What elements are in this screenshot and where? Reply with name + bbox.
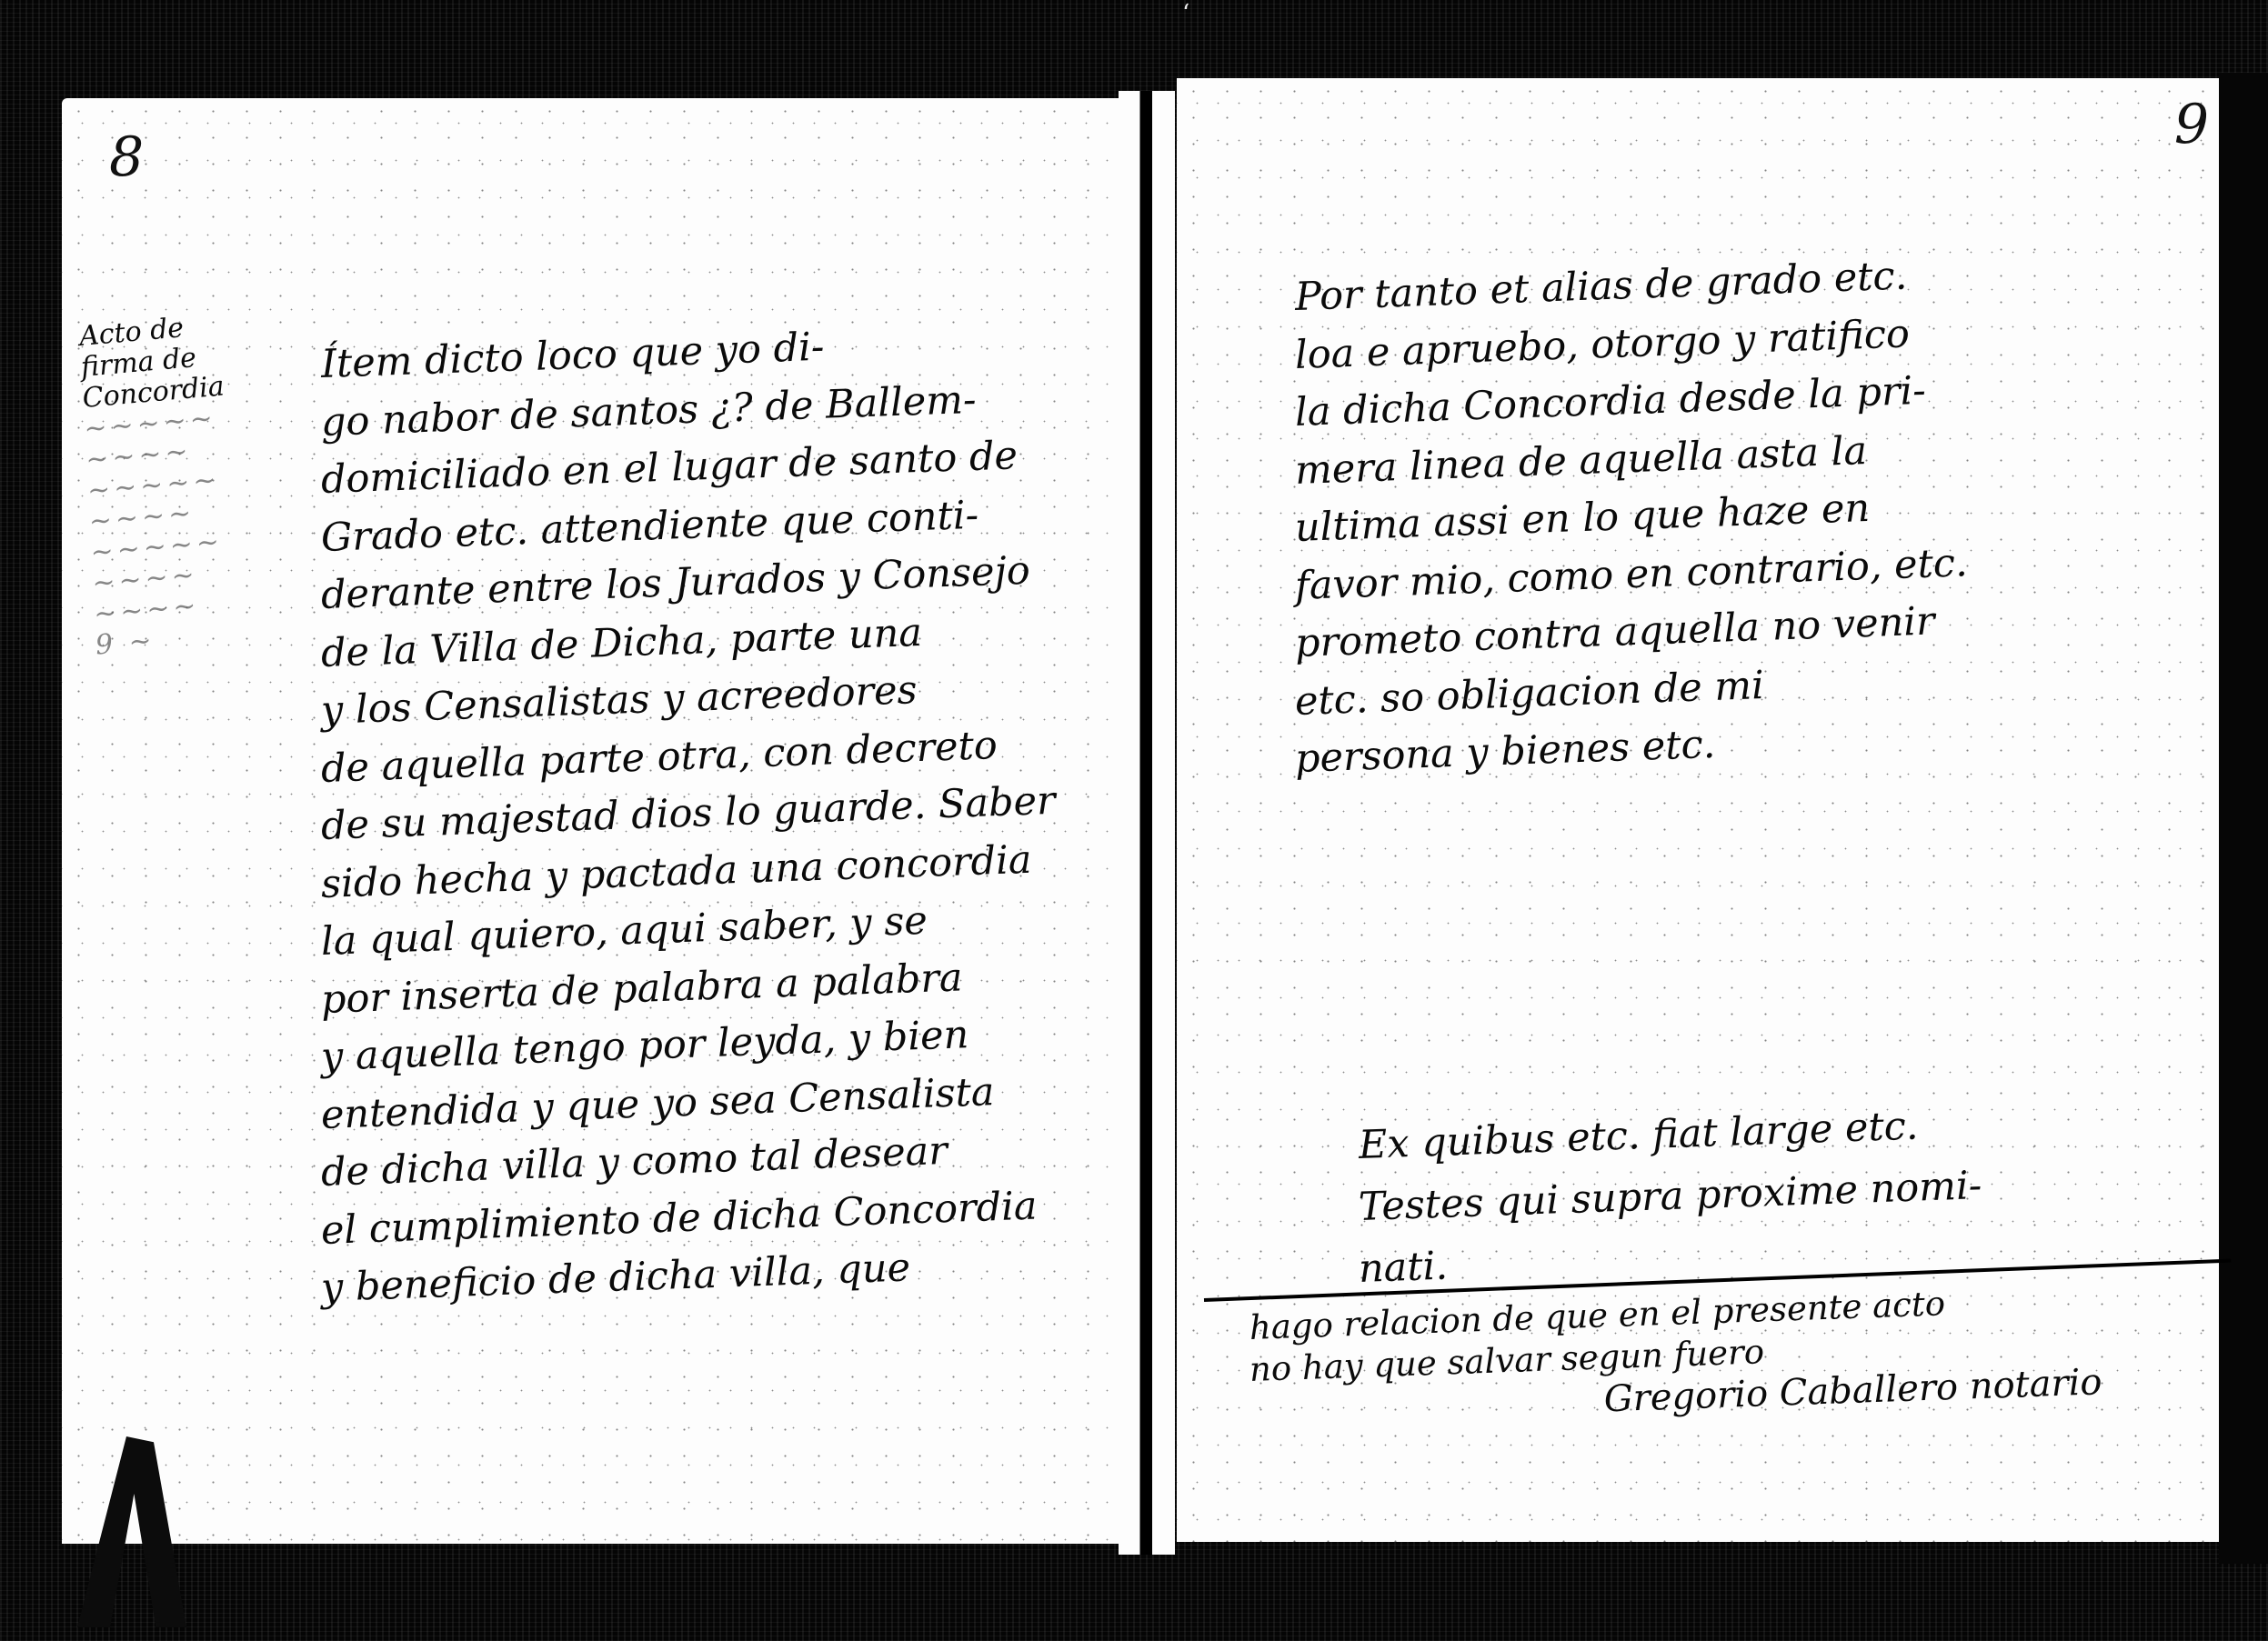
- right-page: 9 Por tanto et alias de grado etc. loa e…: [1177, 78, 2245, 1542]
- notary-note: hago relacion de que en el presente acto…: [1249, 1307, 2213, 1433]
- folio-number-right: 9: [2174, 93, 2209, 156]
- folio-number-left: 8: [109, 125, 144, 189]
- left-page-body: Ítem dicto loco que yo di- go nabor de s…: [321, 336, 1153, 1318]
- top-mark: ʻ: [1182, 0, 1195, 27]
- left-page: 8 Acto de firma de Concordia ∼∼∼∼∼ ∼∼∼∼ …: [62, 98, 1153, 1544]
- right-page-body: Por tanto et alias de grado etc. loa e a…: [1295, 269, 2232, 789]
- closing-latin-formula: Ex quibus etc. fiat large etc. Testes qu…: [1359, 1115, 2177, 1300]
